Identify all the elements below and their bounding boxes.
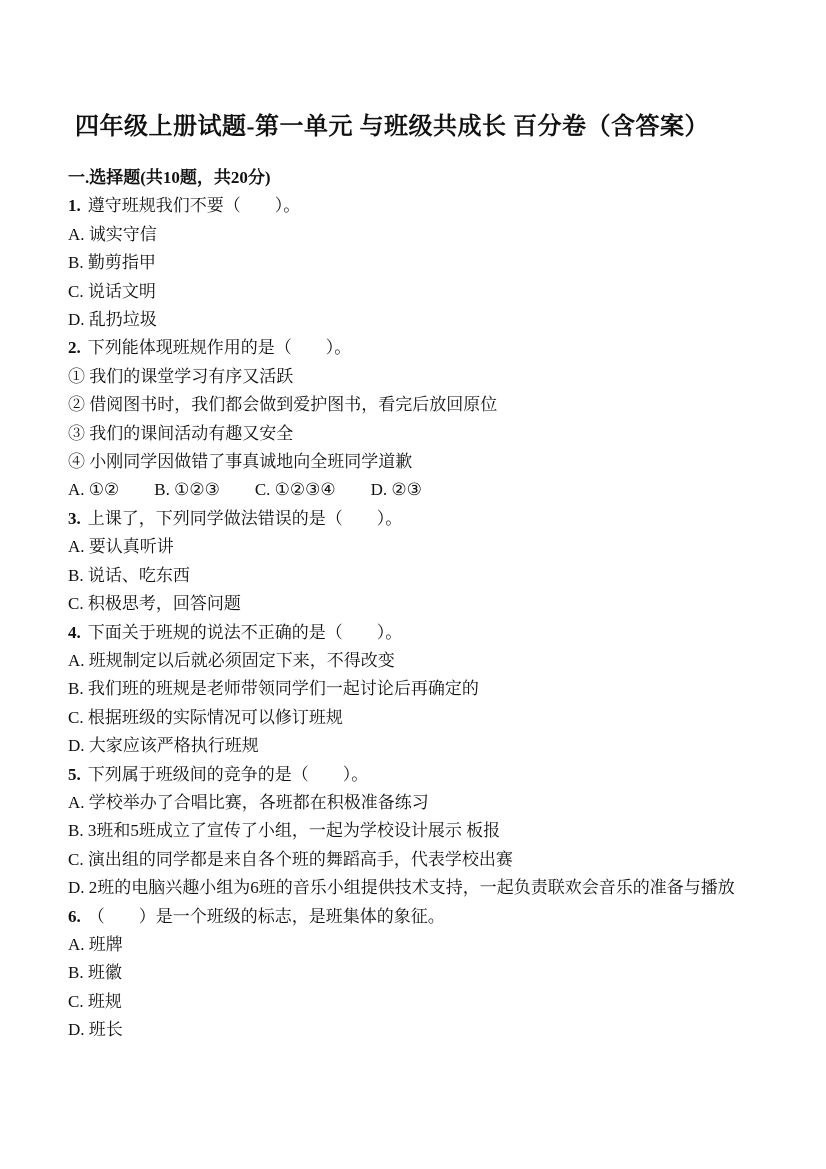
question-option: B. 说话、吃东西 (68, 562, 768, 590)
question-stem-text: 上课了，下列同学做法错误的是（ ）。 (88, 509, 403, 528)
statement-line: ④ 小刚同学因做错了事真诚地向全班同学道歉 (68, 448, 768, 476)
question-stem-text: 下面关于班规的说法不正确的是（ ）。 (88, 623, 403, 642)
question-option: B. 班徽 (68, 959, 768, 987)
question-stem-text: 下列属于班级间的竞争的是（ ）。 (88, 765, 369, 784)
page-title: 四年级上册试题-第一单元 与班级共成长 百分卷（含答案） (75, 111, 768, 143)
question-number: 1. (68, 196, 81, 215)
question-option: A. 诚实守信 (68, 221, 768, 249)
question-number: 3. (68, 509, 81, 528)
statement-line: ① 我们的课堂学习有序又活跃 (68, 363, 768, 391)
section-heading: 一.选择题(共10题，共20分) (68, 164, 768, 192)
statement-line: ③ 我们的课间活动有趣又安全 (68, 420, 768, 448)
question-2: 2.下列能体现班规作用的是（ ）。 ① 我们的课堂学习有序又活跃 ② 借阅图书时… (68, 334, 768, 504)
page-content: 四年级上册试题-第一单元 与班级共成长 百分卷（含答案） 一.选择题(共10题，… (0, 0, 826, 1045)
question-option: B. 3班和5班成立了宣传了小组，一起为学校设计展示 板报 (68, 817, 768, 845)
question-stem: 4.下面关于班规的说法不正确的是（ ）。 (68, 619, 768, 647)
question-stem: 5.下列属于班级间的竞争的是（ ）。 (68, 761, 768, 789)
question-number: 6. (68, 907, 81, 926)
question-6: 6.（ ）是一个班级的标志，是班集体的象征。 A. 班牌 B. 班徽 C. 班规… (68, 903, 768, 1045)
statement-line: ② 借阅图书时，我们都会做到爱护图书，看完后放回原位 (68, 391, 768, 419)
question-number: 2. (68, 338, 81, 357)
choice-item: A. ①② (68, 476, 119, 504)
question-stem-text: 遵守班规我们不要（ ）。 (88, 196, 301, 215)
question-3: 3.上课了，下列同学做法错误的是（ ）。 A. 要认真听讲 B. 说话、吃东西 … (68, 505, 768, 619)
question-option: C. 说话文明 (68, 278, 768, 306)
question-4: 4.下面关于班规的说法不正确的是（ ）。 A. 班规制定以后就必须固定下来，不得… (68, 619, 768, 761)
question-option: D. 乱扔垃圾 (68, 306, 768, 334)
question-option: D. 班长 (68, 1016, 768, 1044)
question-stem-text: 下列能体现班规作用的是（ ）。 (88, 338, 352, 357)
question-option: A. 班规制定以后就必须固定下来，不得改变 (68, 647, 768, 675)
choice-item: B. ①②③ (154, 476, 220, 504)
choice-item: D. ②③ (371, 476, 422, 504)
question-option: B. 勤剪指甲 (68, 249, 768, 277)
question-stem: 6.（ ）是一个班级的标志，是班集体的象征。 (68, 903, 768, 931)
question-option: A. 要认真听讲 (68, 533, 768, 561)
question-stem: 2.下列能体现班规作用的是（ ）。 (68, 334, 768, 362)
question-option: D. 大家应该严格执行班规 (68, 732, 768, 760)
question-option: B. 我们班的班规是老师带领同学们一起讨论后再确定的 (68, 675, 768, 703)
question-option: C. 根据班级的实际情况可以修订班规 (68, 704, 768, 732)
question-option: C. 班规 (68, 988, 768, 1016)
question-stem-text: （ ）是一个班级的标志，是班集体的象征。 (88, 907, 445, 926)
question-1: 1.遵守班规我们不要（ ）。 A. 诚实守信 B. 勤剪指甲 C. 说话文明 D… (68, 192, 768, 334)
document-page: 四年级上册试题-第一单元 与班级共成长 百分卷（含答案） 一.选择题(共10题，… (0, 0, 826, 1169)
question-5: 5.下列属于班级间的竞争的是（ ）。 A. 学校举办了合唱比赛，各班都在积极准备… (68, 761, 768, 903)
question-option: C. 演出组的同学都是来自各个班的舞蹈高手，代表学校出赛 (68, 846, 768, 874)
choice-row: A. ①②B. ①②③C. ①②③④D. ②③ (68, 476, 768, 504)
question-option: D. 2班的电脑兴趣小组为6班的音乐小组提供技术支持，一起负责联欢会音乐的准备与… (68, 874, 768, 902)
choice-item: C. ①②③④ (255, 476, 336, 504)
question-stem: 3.上课了，下列同学做法错误的是（ ）。 (68, 505, 768, 533)
question-number: 4. (68, 623, 81, 642)
question-option: C. 积极思考，回答问题 (68, 590, 768, 618)
question-stem: 1.遵守班规我们不要（ ）。 (68, 192, 768, 220)
question-number: 5. (68, 765, 81, 784)
question-option: A. 学校举办了合唱比赛，各班都在积极准备练习 (68, 789, 768, 817)
question-option: A. 班牌 (68, 931, 768, 959)
